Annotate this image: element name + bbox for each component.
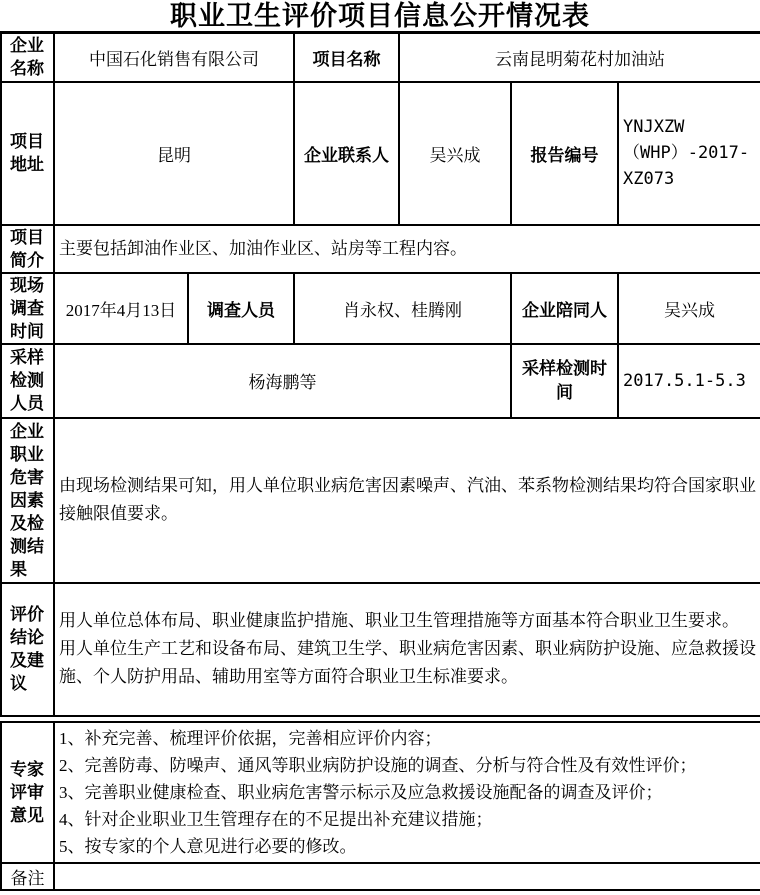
remarks-value (54, 863, 760, 890)
project-address-value: 昆明 (54, 82, 294, 225)
table-row: 企业名称 中国石化销售有限公司 项目名称 云南昆明菊花村加油站 (1, 33, 760, 82)
sampling-time-label: 采样检测时间 (511, 344, 618, 418)
sampling-staff-value: 杨海鹏等 (54, 344, 511, 418)
expert-opinion-item: 5、按专家的个人意见进行必要的修改。 (59, 833, 756, 860)
document-page: 职业卫生评价项目信息公开情况表 企业名称 中国石化销售有限公司 项目名称 云南昆… (0, 0, 760, 895)
company-escort-value: 吴兴成 (618, 273, 760, 344)
project-name-value: 云南昆明菊花村加油站 (399, 33, 760, 82)
page-title: 职业卫生评价项目信息公开情况表 (0, 0, 760, 31)
expert-opinion-item: 4、针对企业职业卫生管理存在的不足提出补充建议措施； (59, 806, 756, 833)
table-row: 备注 (1, 863, 760, 890)
expert-opinion-value: 1、补充完善、梳理评价依据，完善相应评价内容； 2、完善防毒、防噪声、通风等职业… (54, 722, 760, 863)
sampling-time-value: 2017.5.1-5.3 (618, 344, 760, 418)
expert-opinion-item: 3、完善职业健康检查、职业病危害警示标示及应急救援设施配备的调查及评价； (59, 779, 756, 806)
company-escort-label: 企业陪同人 (511, 273, 618, 344)
report-number-label: 报告编号 (511, 82, 618, 225)
report-number-value: YNJXZW（WHP）-2017-XZ073 (618, 82, 760, 225)
project-address-label: 项目地址 (1, 82, 54, 225)
remarks-label: 备注 (1, 863, 54, 890)
site-survey-time-label: 现场调查时间 (1, 273, 54, 344)
table-row: 项目地址 昆明 企业联系人 吴兴成 报告编号 YNJXZW（WHP）-2017-… (1, 82, 760, 225)
sampling-staff-label: 采样检测人员 (1, 344, 54, 418)
table-row: 企业职业危害因素及检测结果 由现场检测结果可知，用人单位职业病危害因素噪声、汽油… (1, 418, 760, 583)
site-survey-time-value: 2017年4月13日 (54, 273, 188, 344)
table-row: 项目简介 主要包括卸油作业区、加油作业区、站房等工程内容。 (1, 225, 760, 273)
conclusion-label: 评价结论及建议 (1, 583, 54, 716)
table-row: 采样检测人员 杨海鹏等 采样检测时间 2017.5.1-5.3 (1, 344, 760, 418)
expert-opinion-item: 2、完善防毒、防噪声、通风等职业病防护设施的调查、分析与符合性及有效性评价； (59, 752, 756, 779)
expert-opinion-label: 专家评审意见 (1, 722, 54, 863)
surveyors-value: 肖永权、桂腾刚 (294, 273, 511, 344)
hazard-factors-label: 企业职业危害因素及检测结果 (1, 418, 54, 583)
info-table-footer: 专家评审意见 1、补充完善、梳理评价依据，完善相应评价内容； 2、完善防毒、防噪… (0, 721, 760, 891)
project-name-label: 项目名称 (294, 33, 399, 82)
hazard-factors-value: 由现场检测结果可知，用人单位职业病危害因素噪声、汽油、苯系物检测结果均符合国家职… (54, 418, 760, 583)
company-contact-value: 吴兴成 (399, 82, 511, 225)
conclusion-value: 用人单位总体布局、职业健康监护措施、职业卫生管理措施等方面基本符合职业卫生要求。… (54, 583, 760, 716)
table-row: 现场调查时间 2017年4月13日 调查人员 肖永权、桂腾刚 企业陪同人 吴兴成 (1, 273, 760, 344)
surveyors-label: 调查人员 (188, 273, 294, 344)
company-name-value: 中国石化销售有限公司 (54, 33, 294, 82)
expert-opinion-item: 1、补充完善、梳理评价依据，完善相应评价内容； (59, 725, 756, 752)
project-brief-value: 主要包括卸油作业区、加油作业区、站房等工程内容。 (54, 225, 760, 273)
company-contact-label: 企业联系人 (294, 82, 399, 225)
info-table-main: 企业名称 中国石化销售有限公司 项目名称 云南昆明菊花村加油站 项目地址 昆明 … (0, 31, 760, 717)
table-row: 评价结论及建议 用人单位总体布局、职业健康监护措施、职业卫生管理措施等方面基本符… (1, 583, 760, 716)
company-name-label: 企业名称 (1, 33, 54, 82)
project-brief-label: 项目简介 (1, 225, 54, 273)
table-row: 专家评审意见 1、补充完善、梳理评价依据，完善相应评价内容； 2、完善防毒、防噪… (1, 722, 760, 863)
